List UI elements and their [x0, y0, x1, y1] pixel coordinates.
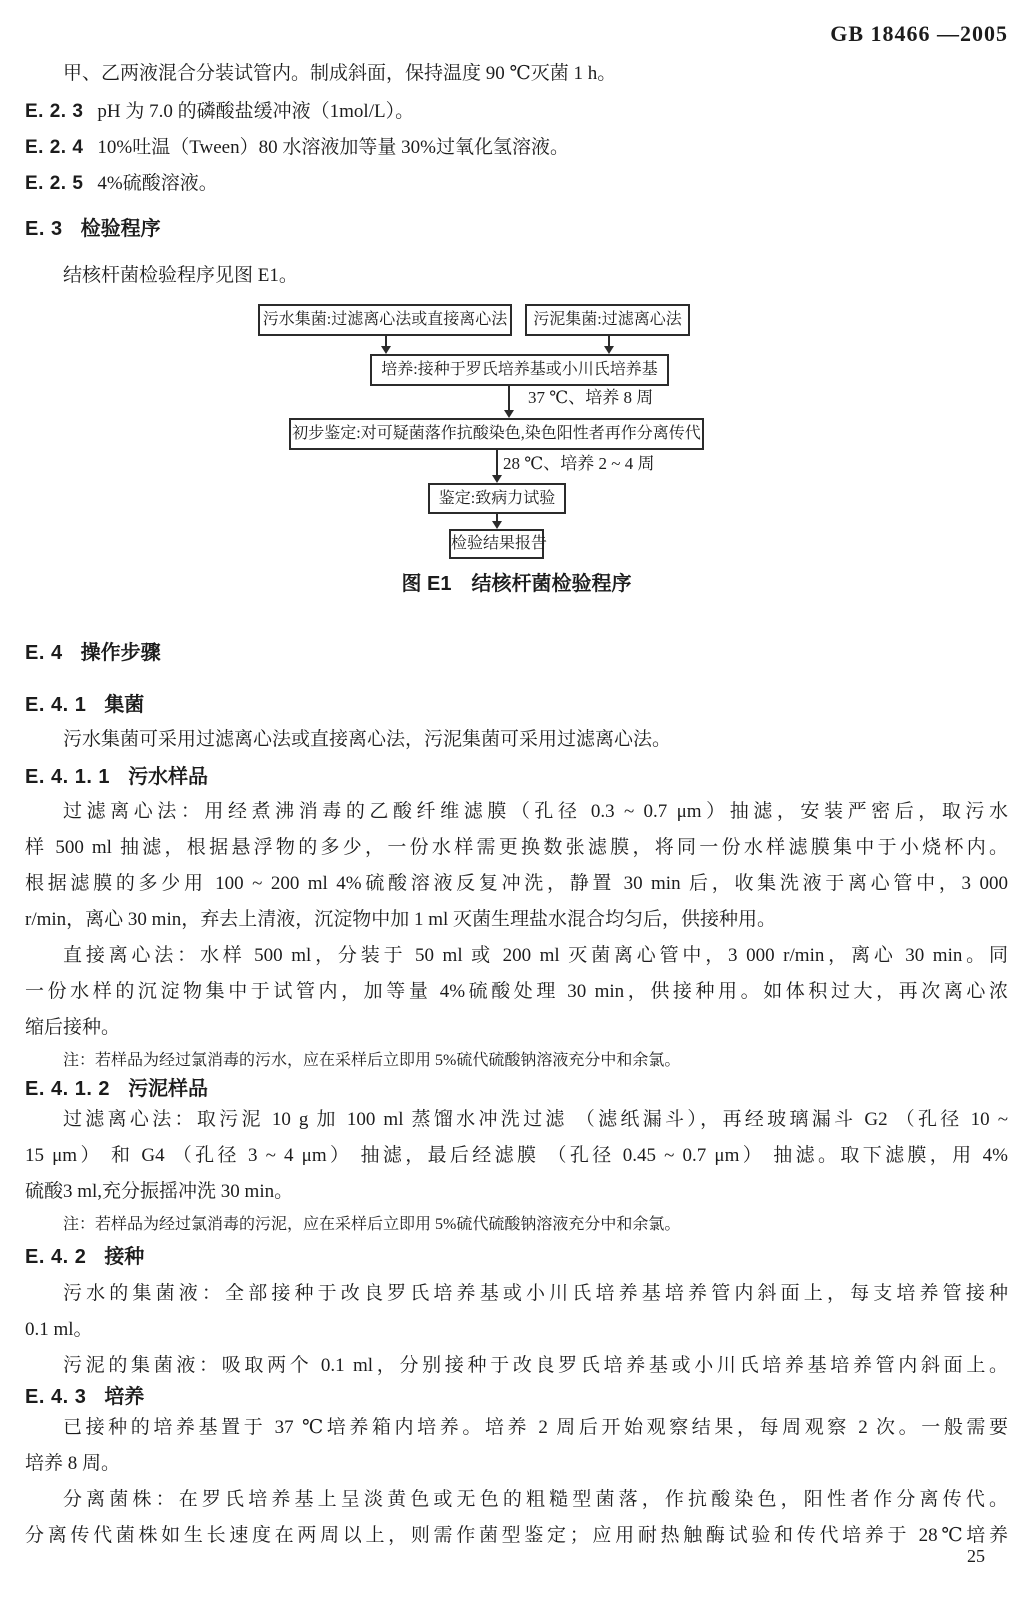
clause-number: E. 2. 4 — [25, 137, 83, 158]
paragraph-line: 培养 8 周。 — [25, 1446, 1008, 1482]
flow-arrow-line — [508, 386, 510, 411]
figure-e1-flowchart: 污水集菌:过滤离心法或直接离心法 污泥集菌:过滤离心法 培养:接种于罗氏培养基或… — [25, 298, 1008, 563]
section-title: 集菌 — [104, 694, 144, 716]
section-e4-1-heading: E. 4. 1集菌 — [25, 692, 1008, 718]
section-number: E. 4. 1 — [25, 694, 86, 716]
clause-text: 10%吐温（Tween）80 水溶液加等量 30%过氧化氢溶液。 — [97, 137, 569, 158]
paragraph-line: 污泥的集菌液：吸取两个 0.1 ml，分别接种于改良罗氏培养基或小川氏培养基培养… — [25, 1348, 1008, 1384]
arrow-down-icon — [504, 410, 514, 418]
clause-number: E. 2. 3 — [25, 101, 83, 122]
section-e4-1-1-heading: E. 4. 1. 1污水样品 — [25, 764, 1008, 790]
clause-text: pH 为 7.0 的磷酸盐缓冲液（1mol/L）。 — [97, 101, 414, 122]
arrow-down-icon — [492, 475, 502, 483]
paragraph-line: r/min，离心 30 min，弃去上清液，沉淀物中加 1 ml 灭菌生理盐水混… — [25, 902, 1008, 938]
section-title: 培养 — [104, 1386, 144, 1408]
paragraph-line: 样 500 ml 抽滤，根据悬浮物的多少，一份水样需更换数张滤膜，将同一份水样滤… — [25, 830, 1008, 866]
section-e4-heading: E. 4操作步骤 — [25, 640, 1008, 666]
section-e4-3-heading: E. 4. 3培养 — [25, 1384, 1008, 1410]
flowchart-box-report: 检验结果报告 — [449, 529, 544, 559]
section-number: E. 3 — [25, 218, 63, 240]
clause-text: 4%硫酸溶液。 — [97, 173, 217, 194]
note-text: 注：若样品为经过氯消毒的污水，应在采样后立即用 5%硫代硫酸钠溶液充分中和余氯。 — [25, 1046, 1008, 1076]
flowchart-label-37c: 37 ℃、培养 8 周 — [528, 388, 653, 408]
figure-caption: 图 E1 结核杆菌检验程序 — [25, 571, 1008, 597]
document-page: GB 18466 —2005 甲、乙两液混合分装试管内。制成斜面，保持温度 90… — [0, 0, 1033, 1600]
paragraph-line: 分离菌株：在罗氏培养基上呈淡黄色或无色的粗糙型菌落，作抗酸染色，阳性者作分离传代… — [25, 1482, 1008, 1518]
flowchart-box-sludge: 污泥集菌:过滤离心法 — [525, 304, 690, 336]
note-text: 注：若样品为经过氯消毒的污泥，应在采样后立即用 5%硫代硫酸钠溶液充分中和余氯。 — [25, 1210, 1008, 1240]
standard-code: GB 18466 —2005 — [25, 20, 1008, 48]
section-number: E. 4 — [25, 642, 63, 664]
paragraph-line: 0.1 ml。 — [25, 1312, 1008, 1348]
paragraph-line: 直接离心法：水样 500 ml，分装于 50 ml 或 200 ml 灭菌离心管… — [25, 938, 1008, 974]
clause-e2-4: E. 2. 410%吐温（Tween）80 水溶液加等量 30%过氧化氢溶液。 — [25, 130, 1008, 166]
paragraph-line: 过滤离心法：用经煮沸消毒的乙酸纤维滤膜（孔径 0.3 ~ 0.7 μm）抽滤，安… — [25, 794, 1008, 830]
section-number: E. 4. 2 — [25, 1246, 86, 1268]
flow-arrow-line — [496, 450, 498, 476]
section-title: 操作步骤 — [81, 642, 161, 664]
arrow-down-icon — [492, 521, 502, 529]
section-title: 检验程序 — [81, 218, 161, 240]
section-e3-heading: E. 3检验程序 — [25, 216, 1008, 242]
section-number: E. 4. 1. 2 — [25, 1078, 110, 1100]
section-number: E. 4. 3 — [25, 1386, 86, 1408]
flowchart-box-preliminary: 初步鉴定:对可疑菌落作抗酸染色,染色阳性者再作分离传代 — [289, 418, 704, 450]
section-number: E. 4. 1. 1 — [25, 766, 110, 788]
section-title: 污水样品 — [128, 766, 208, 788]
paragraph-line: 污水的集菌液：全部接种于改良罗氏培养基或小川氏培养基培养管内斜面上，每支培养管接… — [25, 1276, 1008, 1312]
paragraph-line: 一份水样的沉淀物集中于试管内，加等量 4%硫酸处理 30 min，供接种用。如体… — [25, 974, 1008, 1010]
paragraph-line: 分离传代菌株如生长速度在两周以上，则需作菌型鉴定；应用耐热触酶试验和传代培养于 … — [25, 1518, 1008, 1554]
e3-intro-line: 结核杆菌检验程序见图 E1。 — [25, 258, 1008, 294]
arrow-down-icon — [604, 346, 614, 354]
paragraph-line: 污水集菌可采用过滤离心法或直接离心法，污泥集菌可采用过滤离心法。 — [25, 722, 1008, 758]
paragraph-line: 硫酸3 ml,充分振摇冲洗 30 min。 — [25, 1174, 1008, 1210]
flowchart-box-culture: 培养:接种于罗氏培养基或小川氏培养基 — [370, 354, 669, 386]
arrow-down-icon — [381, 346, 391, 354]
paragraph-line: 已接种的培养基置于 37 ℃培养箱内培养。培养 2 周后开始观察结果，每周观察 … — [25, 1410, 1008, 1446]
section-e4-2-heading: E. 4. 2接种 — [25, 1244, 1008, 1270]
flowchart-box-identification: 鉴定:致病力试验 — [428, 483, 566, 514]
paragraph-line: 根据滤膜的多少用 100 ~ 200 ml 4%硫酸溶液反复冲洗，静置 30 m… — [25, 866, 1008, 902]
section-title: 污泥样品 — [128, 1078, 208, 1100]
paragraph-line: 缩后接种。 — [25, 1010, 1008, 1046]
flowchart-box-sewage: 污水集菌:过滤离心法或直接离心法 — [258, 304, 512, 336]
intro-paragraph: 甲、乙两液混合分装试管内。制成斜面，保持温度 90 ℃灭菌 1 h。 — [25, 56, 1008, 92]
clause-e2-5: E. 2. 54%硫酸溶液。 — [25, 166, 1008, 202]
flowchart-label-28c: 28 ℃、培养 2 ~ 4 周 — [503, 454, 654, 474]
paragraph-line: 15 μm） 和 G4 （孔径 3 ~ 4 μm） 抽滤，最后经滤膜 （孔径 0… — [25, 1138, 1008, 1174]
page-number: 25 — [967, 1546, 985, 1567]
paragraph-line: 过滤离心法：取污泥 10 g 加 100 ml 蒸馏水冲洗过滤 （滤纸漏斗），再… — [25, 1102, 1008, 1138]
section-e4-1-2-heading: E. 4. 1. 2污泥样品 — [25, 1076, 1008, 1102]
clause-number: E. 2. 5 — [25, 173, 83, 194]
clause-e2-3: E. 2. 3pH 为 7.0 的磷酸盐缓冲液（1mol/L）。 — [25, 94, 1008, 130]
section-title: 接种 — [104, 1246, 144, 1268]
